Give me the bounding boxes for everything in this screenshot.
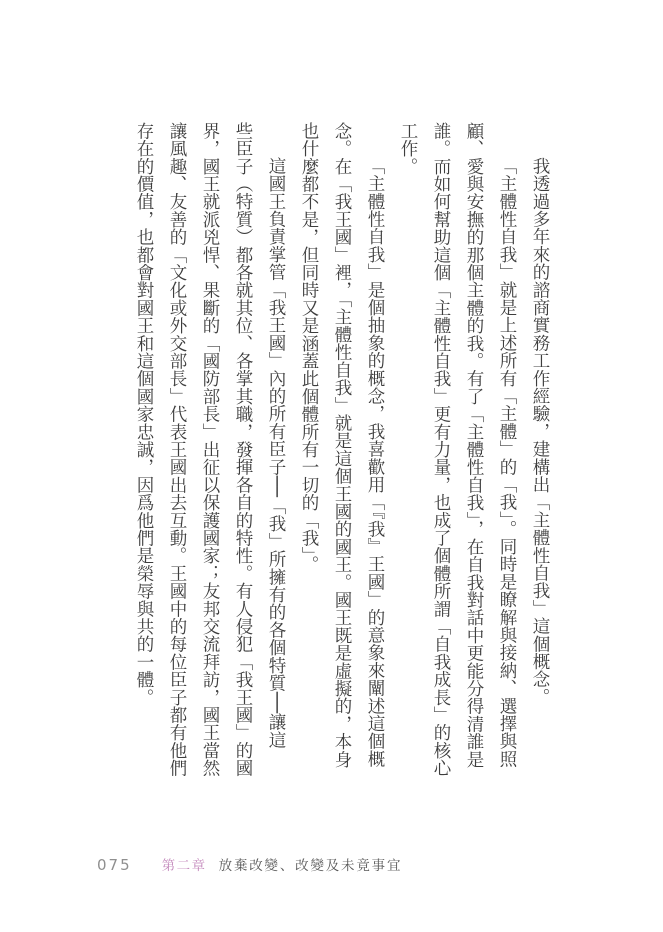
body-text: 我透過多年來的諮商實務工作經驗，建構出「主體性自我」這個概念。 「主體性自我」就…: [127, 122, 556, 784]
book-page: 我透過多年來的諮商實務工作經驗，建構出「主體性自我」這個概念。 「主體性自我」就…: [0, 0, 663, 932]
page-number: 075: [97, 856, 132, 874]
text-column: 「主體性自我」就是上述所有「主體」的「我」。同時是瞭解與接納、選擇與照: [490, 122, 523, 784]
chapter-label: 第二章: [162, 854, 207, 874]
text-column: 些臣子（特質）都各就其位、各掌其職，發揮各自的特性。有人侵犯「我王國」的國: [226, 122, 259, 784]
text-column: 讓風趣、友善的「文化或外交部長」代表王國出去互動。王國中的每位臣子都有他們: [160, 122, 193, 784]
text-column: 我透過多年來的諮商實務工作經驗，建構出「主體性自我」這個概念。: [523, 122, 556, 784]
text-column: 工作。: [391, 122, 424, 784]
text-column: 念。在「我王國」裡，「主體性自我」就是這個王國的國王。國王既是虛擬的，本身: [325, 122, 358, 784]
text-column: 存在的價值，也都會對國王和這個國家忠誠，因爲他們是榮辱與共的一體。: [127, 122, 160, 784]
text-column: 也什麼都不是，但同時又是涵蓋此個體所有一切的「我」。: [292, 122, 325, 784]
text-column: 「主體性自我」是個抽象的概念，我喜歡用「『我』王國」的意象來闡述這個概: [358, 122, 391, 784]
text-column: 顧、愛與安撫的那個主體的我。有了「主體性自我」，在自我對話中更能分得清誰是: [457, 122, 490, 784]
text-column: 界，國王就派兇悍、果斷的「國防部長」出征以保護國家；友邦交流拜訪，國王當然: [193, 122, 226, 784]
page-footer: 075 第二章 放棄改變、改變及未竟事宜: [97, 854, 402, 874]
chapter-title: 放棄改變、改變及未竟事宜: [219, 854, 403, 874]
text-column: 這國王負責掌管「我王國」內的所有臣子──「我」所擁有的各個特質──讓這: [259, 122, 292, 784]
text-column: 誰。而如何幫助這個「主體性自我」更有力量，也成了個體所謂「自我成長」的核心: [424, 122, 457, 784]
